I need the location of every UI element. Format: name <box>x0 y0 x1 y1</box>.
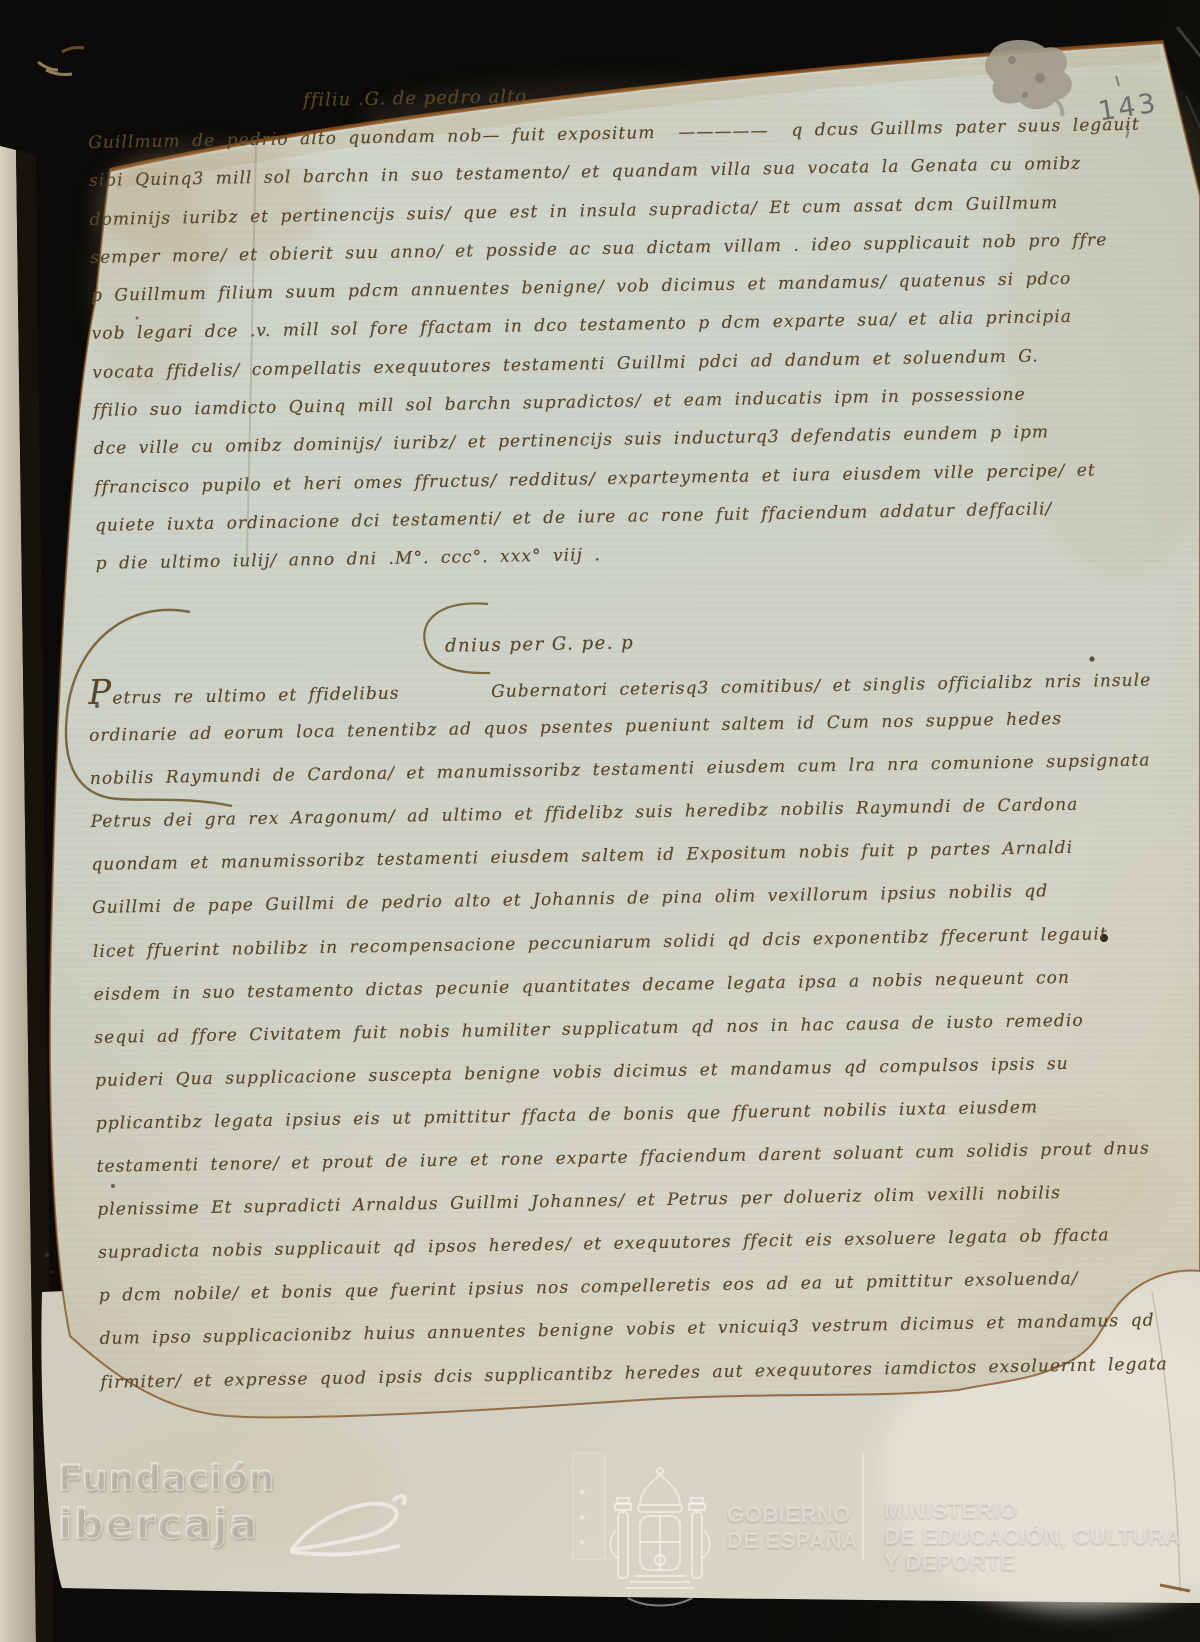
manuscript-block-1: Guillmum de pedrio alto quondam nob— fui… <box>88 106 1111 583</box>
watermark-gobierno: GOBIERNO DE ESPAÑA <box>727 1502 858 1554</box>
gobierno-line2: DE ESPAÑA <box>727 1528 858 1554</box>
eu-star-icon: ★ <box>578 1538 586 1548</box>
ministerio-line2: DE EDUCACIÓN, CULTURA <box>884 1524 1181 1550</box>
watermark-ministerio: MINISTERIO DE EDUCACIÓN, CULTURA Y DEPOR… <box>884 1498 1181 1576</box>
watermark-divider <box>862 1452 864 1560</box>
gobierno-line1: GOBIERNO <box>727 1502 858 1528</box>
eu-star-icon: ★ <box>578 1488 586 1498</box>
ministerio-line3: Y DEPORTE <box>884 1550 1181 1576</box>
manuscript-block-2: Petrus re ultimo et ffidelibus Gubernato… <box>88 654 1116 1404</box>
watermark-fundacion: Fundación <box>58 1458 275 1499</box>
entry-heading-1: ffiliu .G. de pedro alto <box>303 86 527 111</box>
eu-star-icon: ★ <box>578 1513 586 1523</box>
entry-heading-2: dnius per G. pe. p <box>445 632 635 656</box>
ministerio-line1: MINISTERIO <box>884 1498 1181 1524</box>
binding-threads <box>38 48 84 75</box>
watermark-ibercaja: ibercaja <box>58 1500 259 1548</box>
manuscript-scan: ffiliu .G. de pedro alto Guillmum de ped… <box>0 0 1200 1642</box>
